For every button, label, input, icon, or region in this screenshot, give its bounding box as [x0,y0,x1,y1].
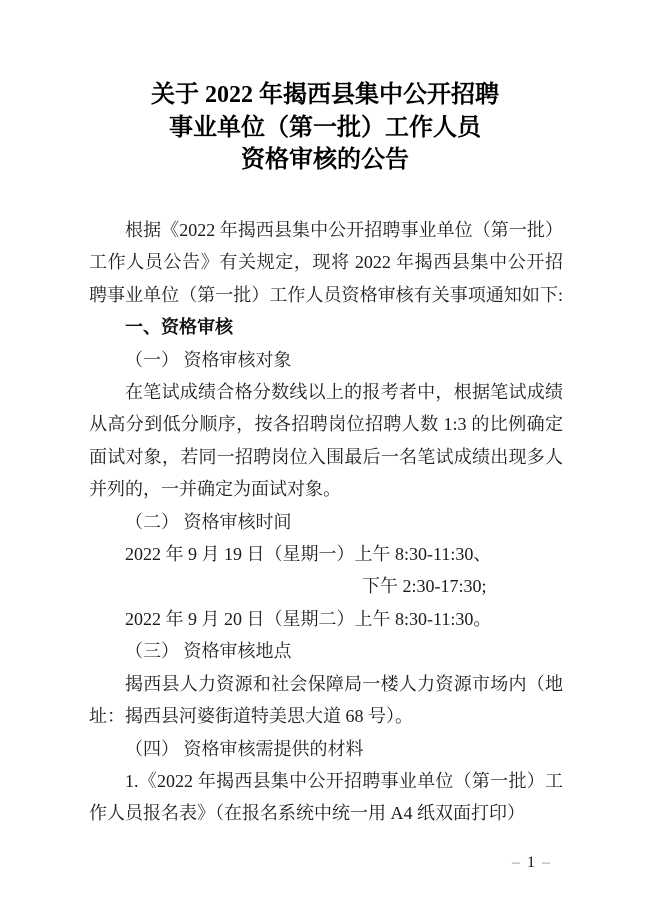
page-number-dash-right: – [542,854,550,871]
document-body: 根据《2022 年揭西县集中公开招聘事业单位（第一批） 工作人员公告》有关规定，… [89,214,563,830]
paragraph-line: 从高分到低分顺序，按各招聘岗位招聘人数 1:3 的比例确定 [89,408,563,440]
paragraph-line: 面试对象，若同一招聘岗位入围最后一名笔试成绩出现多人 [89,441,563,473]
schedule-line-day2: 2022 年 9 月 20 日（星期二）上午 8:30-11:30。 [89,603,563,635]
schedule-line-day1-pm: 下午 2:30-17:30; [89,570,563,602]
paragraph-line: 揭西县人力资源和社会保障局一楼人力资源市场内（地 [89,668,563,700]
paragraph-line: 工作人员公告》有关规定，现将 2022 年揭西县集中公开招 [89,246,563,278]
subsection-heading-1: （一） 资格审核对象 [89,344,563,376]
paragraph-line: 1.《2022 年揭西县集中公开招聘事业单位（第一批）工 [89,765,563,797]
page-number: 1 [527,854,535,871]
schedule-line-day1: 2022 年 9 月 19 日（星期一）上午 8:30-11:30、 [89,538,563,570]
section-heading: 一、资格审核 [89,311,563,343]
paragraph-line: 聘事业单位（第一批）工作人员资格审核有关事项通知如下: [89,279,563,311]
paragraph-line: 址：揭西县河婆街道特美思大道 68 号）。 [89,700,563,732]
subsection-heading-4: （四） 资格审核需提供的材料 [89,733,563,765]
page-number-dash-left: – [512,854,520,871]
paragraph-line: 根据《2022 年揭西县集中公开招聘事业单位（第一批） [89,214,563,246]
title-line-2: 事业单位（第一批）工作人员 [0,112,650,145]
subsection-heading-3: （三） 资格审核地点 [89,635,563,667]
document-title: 关于 2022 年揭西县集中公开招聘 事业单位（第一批）工作人员 资格审核的公告 [0,79,650,177]
page-footer: –1– [471,852,591,874]
title-line-3: 资格审核的公告 [0,144,650,177]
paragraph-line: 作人员报名表》（在报名系统中统一用 A4 纸双面打印） [89,797,563,829]
paragraph-line: 并列的，一并确定为面试对象。 [89,473,563,505]
paragraph-line: 在笔试成绩合格分数线以上的报考者中，根据笔试成绩 [89,376,563,408]
title-line-1: 关于 2022 年揭西县集中公开招聘 [0,79,650,112]
document-page: 关于 2022 年揭西县集中公开招聘 事业单位（第一批）工作人员 资格审核的公告… [0,0,650,919]
subsection-heading-2: （二） 资格审核时间 [89,506,563,538]
